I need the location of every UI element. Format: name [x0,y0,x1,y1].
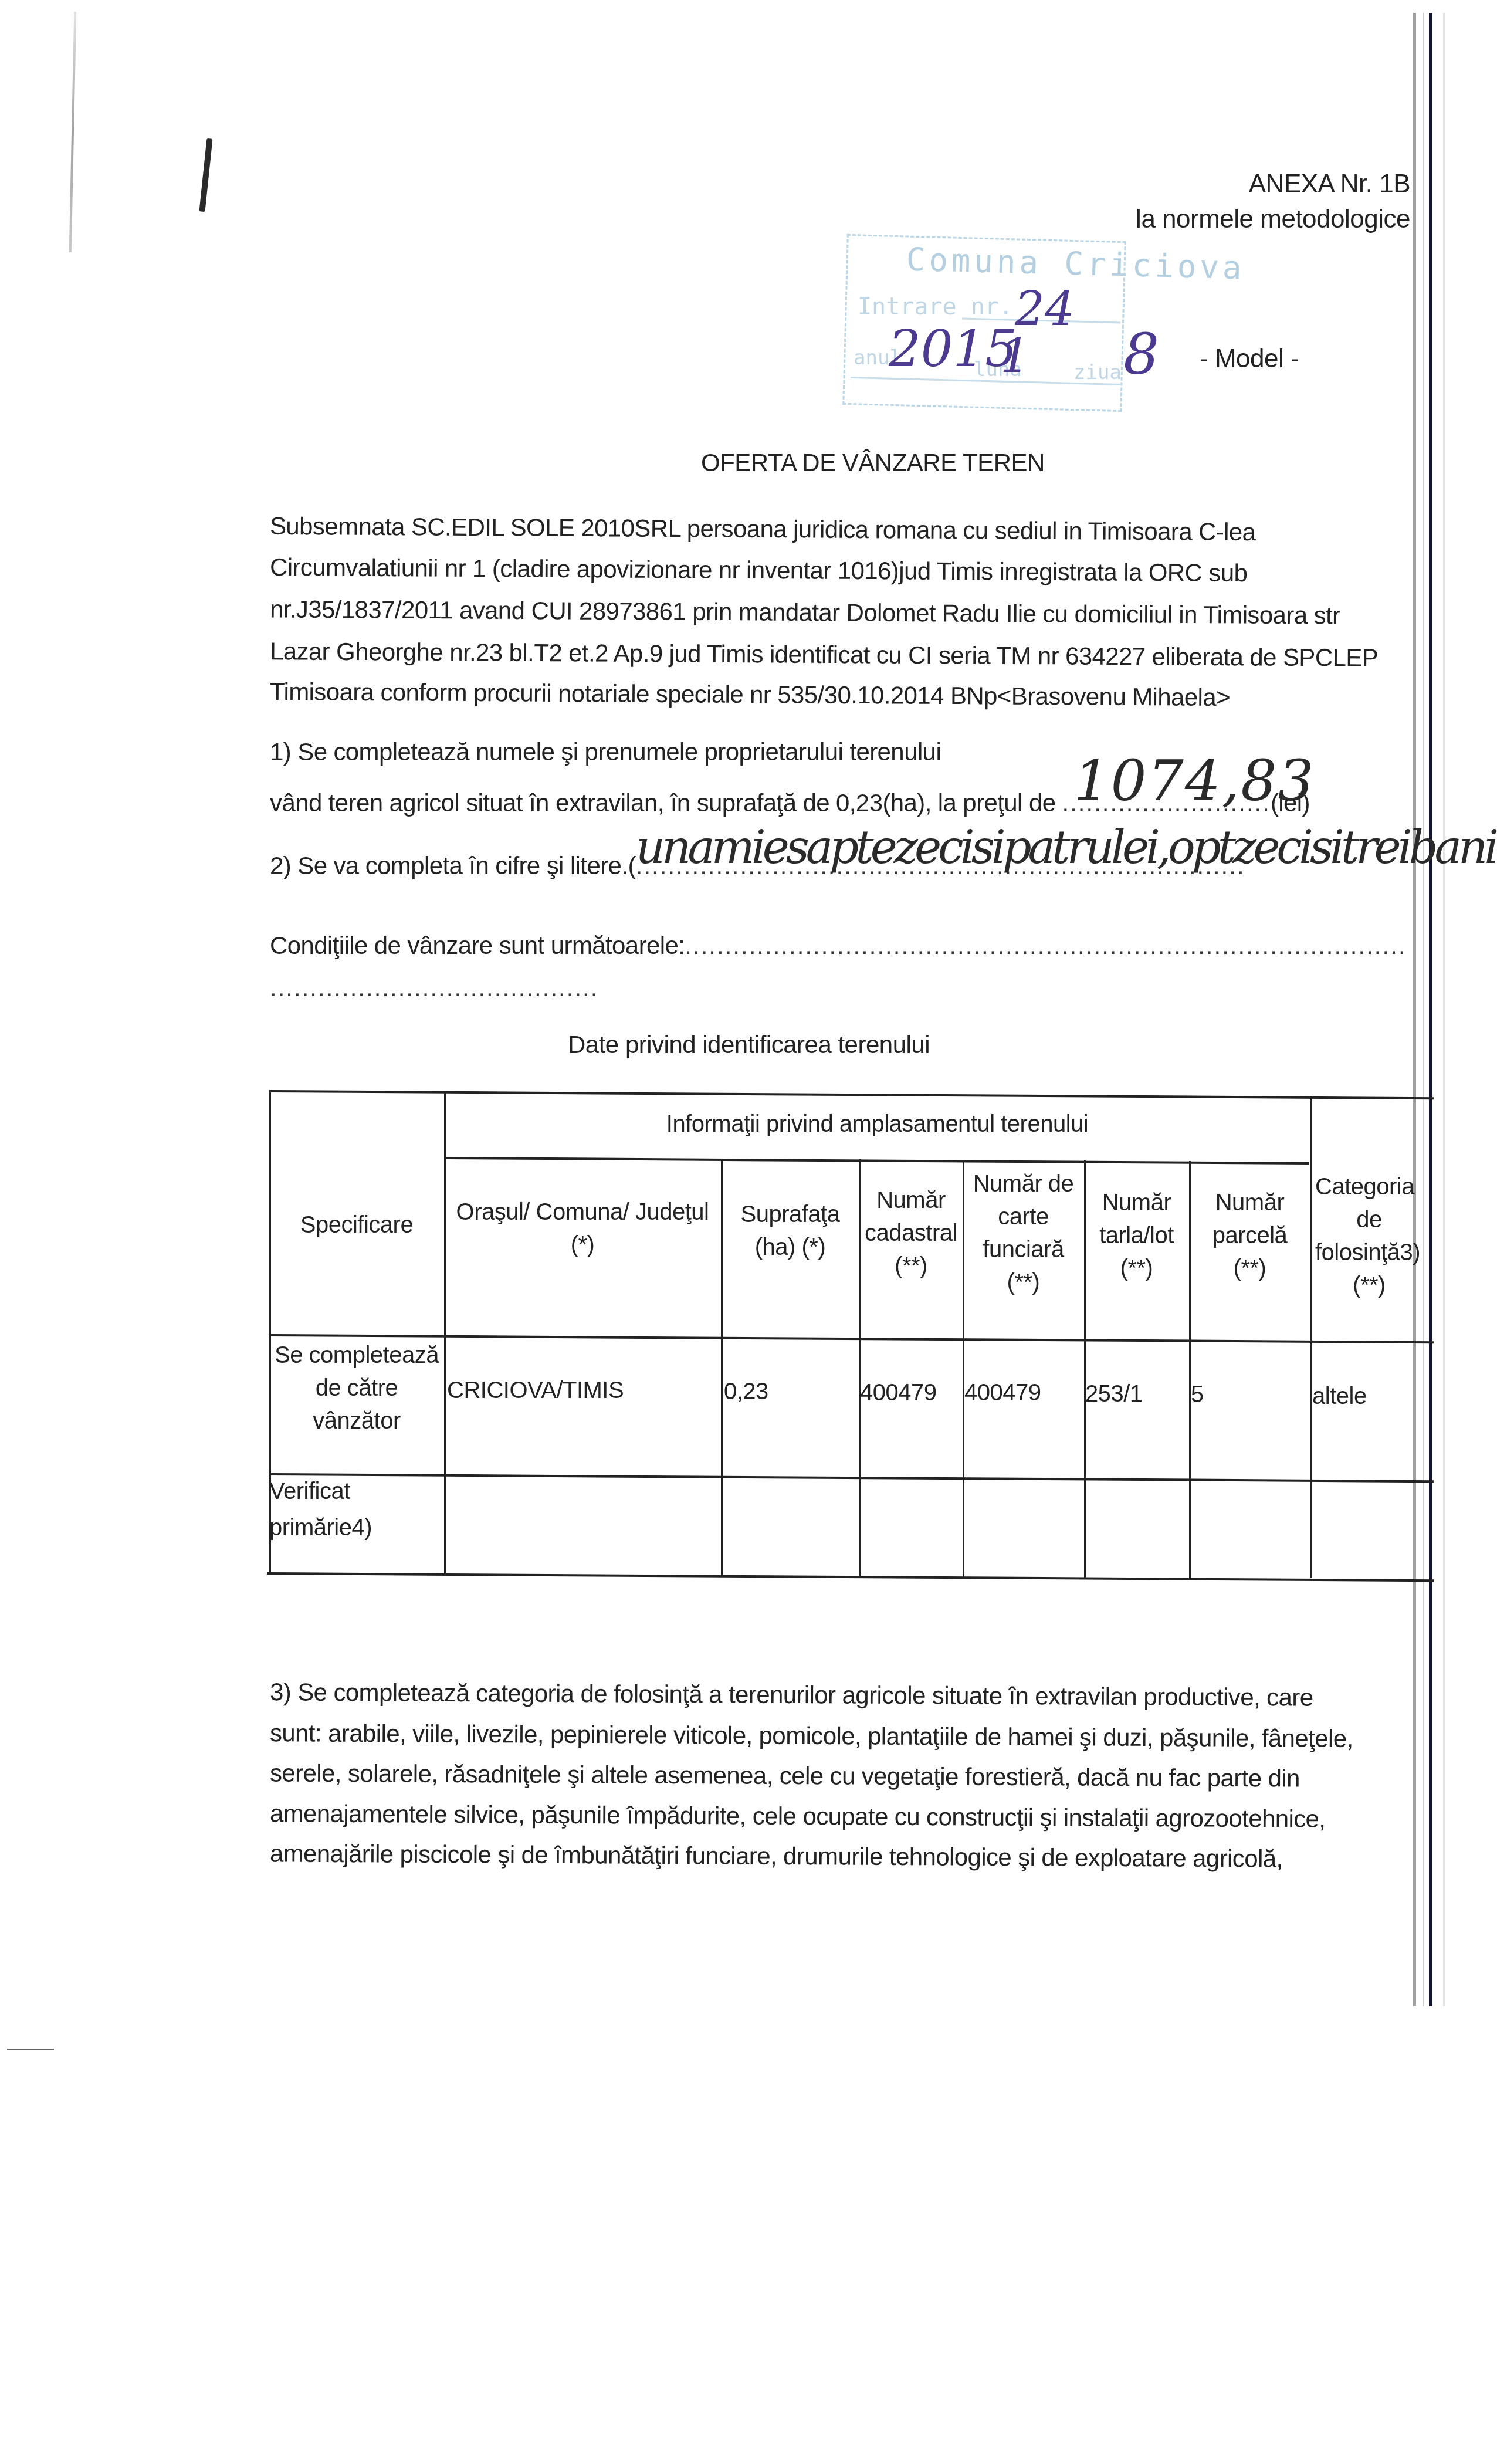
scan-edge-line [1429,13,1432,2006]
cell-oras[interactable]: CRICIOVA/TIMIS [447,1377,624,1404]
table-subheader-line [444,1157,1309,1165]
table-col-divider [1310,1096,1312,1578]
stamp-ziua-label: ziua [1073,361,1122,384]
conditions-line: Condiţiile de vânzare sunt următoarele:.… [270,932,1407,960]
cell-cadastral[interactable]: 400479 [860,1380,936,1406]
cell-carte-funciara[interactable]: 400479 [964,1380,1041,1406]
intro-line: nr.J35/1837/2011 avand CUI 28973861 prin… [270,595,1340,629]
price-in-words-field[interactable]: ........................................… [636,852,1245,879]
table-header-specificare: Specificare [269,1209,444,1241]
note-3-line: sunt: arabile, viile, livezile, pepinier… [270,1719,1353,1753]
handwritten-price-in-words: unamiesaptezecisipatrulei,optzecisitreib… [636,821,1495,874]
note-2-label: 2) Se va completa în cifre şi litere.( [270,852,636,879]
price-field[interactable]: ..........................1074,83 [1062,789,1271,817]
intro-line: Circumvalatiunii nr 1 (cladire apovizion… [270,553,1248,587]
note-3-line: amenajările piscicole şi de îmbunătăţiri… [270,1839,1283,1873]
note-2-line: 2) Se va completa în cifre şi litere.(..… [270,852,1245,880]
document-title: OFERTA DE VÂNZARE TEREN [701,451,1045,475]
intro-line: Timisoara conform procurii notariale spe… [270,678,1230,712]
table-border-bottom [267,1572,1434,1582]
cell-parcela[interactable]: 5 [1191,1382,1204,1408]
cell-tarla-lot[interactable]: 253/1 [1085,1381,1143,1407]
conditions-label: Condiţiile de vânzare sunt următoarele: [270,932,685,959]
table-col-divider [444,1091,446,1576]
scan-edge-line [1413,13,1416,2006]
conditions-field-continued[interactable]: ........................................… [270,974,598,1002]
note-3-line: 3) Se completează categoria de folosinţă… [270,1678,1313,1711]
offer-text: vând teren agricol situat în extravilan,… [270,789,1062,817]
margin-pencil-line [69,12,77,252]
intro-line: Subsemnata SC.EDIL SOLE 2010SRL persoana… [270,512,1256,546]
offer-line: vând teren agricol situat în extravilan,… [270,789,1310,817]
note-1: 1) Se completează numele şi prenumele pr… [270,738,941,766]
cell-suprafata[interactable]: 0,23 [724,1379,768,1405]
handwritten-day: 8 [1123,321,1159,387]
cell-categoria-folosinta[interactable]: altele [1312,1383,1367,1410]
margin-pen-mark [199,138,212,212]
stamp-intrare-label: Intrare nr. [858,293,1013,320]
scan-edge-line [1443,13,1445,2006]
note-3-line: amenajamentele silvice, păşunile împădur… [270,1799,1326,1833]
intro-line: Lazar Gheorghe nr.23 bl.T2 et.2 Ap.9 jud… [270,637,1378,672]
handwritten-month: 1 [1000,329,1030,383]
scan-edge-line [1423,13,1424,2006]
margin-bottom-line [7,2049,54,2050]
model-label: - Model - [1200,346,1299,372]
table-group-header: Informaţii privind amplasamentul terenul… [444,1108,1310,1140]
conditions-field[interactable]: ........................................… [685,932,1406,959]
annex-number: ANEXA Nr. 1B [1249,171,1410,197]
annex-subtitle: la normele metodologice [1136,207,1410,232]
table-section-title: Date privind identificarea terenului [568,1033,930,1057]
handwritten-price: 1074,83 [1074,748,1315,814]
handwritten-year: 2015 [889,320,1017,378]
note-3-line: serele, solarele, răsadniţele şi altele … [270,1759,1300,1792]
